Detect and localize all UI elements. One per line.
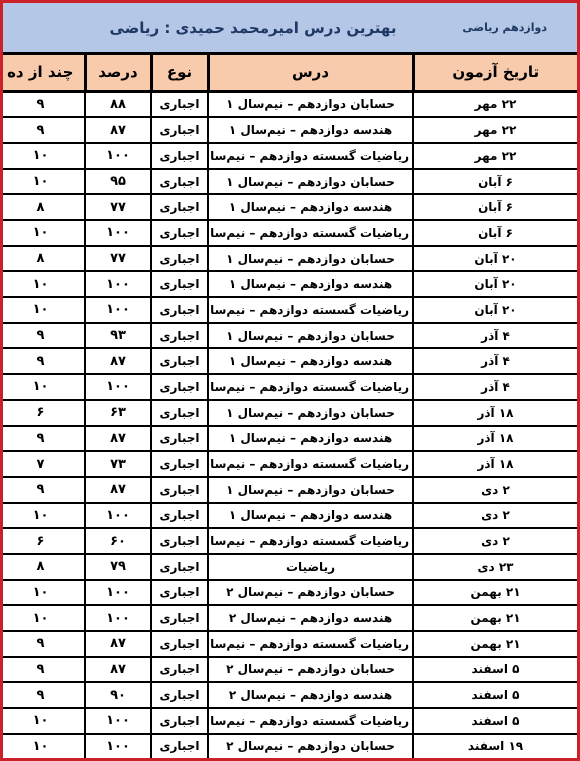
percent-cell: ۸۷: [85, 657, 151, 683]
exam-date-cell: ۵ اسفند: [413, 657, 577, 683]
out-of-ten-cell: ۸: [3, 194, 85, 220]
exam-type-cell: اجباری: [151, 297, 208, 323]
table-header-row: تاریخ آزمون درس نوع درصد چند از ده: [3, 55, 577, 91]
exam-date-cell: ۵ اسفند: [413, 682, 577, 708]
exam-date-cell: ۱۸ آذر: [413, 426, 577, 452]
out-of-ten-cell: ۱۰: [3, 503, 85, 529]
table-row: ۲۳ دیریاضیاتاجباری۷۹۸: [3, 554, 577, 580]
out-of-ten-cell: ۶: [3, 400, 85, 426]
percent-cell: ۹۵: [85, 169, 151, 195]
out-of-ten-cell: ۹: [3, 323, 85, 349]
table-row: ۶ آبانریاضیات گسسته دوازدهم – نیم‌سال ۱ا…: [3, 220, 577, 246]
out-of-ten-cell: ۹: [3, 631, 85, 657]
out-of-ten-cell: ۷: [3, 451, 85, 477]
exam-type-cell: اجباری: [151, 117, 208, 143]
column-header-lesson: درس: [208, 55, 413, 91]
report-sheet: دوازدهم ریاضی بهترین درس امیرمحمد حمیدی …: [0, 0, 580, 761]
percent-cell: ۱۰۰: [85, 297, 151, 323]
exam-type-cell: اجباری: [151, 528, 208, 554]
exam-date-cell: ۲۲ مهر: [413, 117, 577, 143]
exam-type-cell: اجباری: [151, 503, 208, 529]
percent-cell: ۱۰۰: [85, 605, 151, 631]
lesson-cell: هندسه دوازدهم – نیم‌سال ۱: [208, 503, 413, 529]
table-row: ۶ آبانهندسه دوازدهم – نیم‌سال ۱اجباری۷۷۸: [3, 194, 577, 220]
exam-date-cell: ۴ آذر: [413, 374, 577, 400]
lesson-cell: حسابان دوازدهم – نیم‌سال ۲: [208, 580, 413, 606]
exam-type-cell: اجباری: [151, 323, 208, 349]
out-of-ten-cell: ۱۰: [3, 220, 85, 246]
exam-date-cell: ۶ آبان: [413, 169, 577, 195]
exam-date-cell: ۲۲ مهر: [413, 143, 577, 169]
lesson-cell: ریاضیات: [208, 554, 413, 580]
exam-type-cell: اجباری: [151, 631, 208, 657]
out-of-ten-cell: ۱۰: [3, 169, 85, 195]
lesson-cell: حسابان دوازدهم – نیم‌سال ۱: [208, 400, 413, 426]
out-of-ten-cell: ۱۰: [3, 708, 85, 734]
out-of-ten-cell: ۱۰: [3, 605, 85, 631]
percent-cell: ۱۰۰: [85, 503, 151, 529]
lesson-cell: حسابان دوازدهم – نیم‌سال ۲: [208, 734, 413, 758]
lesson-cell: ریاضیات گسسته دوازدهم – نیم‌سال ۱: [208, 297, 413, 323]
column-header-percent: درصد: [85, 55, 151, 91]
percent-cell: ۱۰۰: [85, 708, 151, 734]
percent-cell: ۶۰: [85, 528, 151, 554]
table-row: ۴ آذرحسابان دوازدهم – نیم‌سال ۱اجباری۹۳۹: [3, 323, 577, 349]
out-of-ten-cell: ۸: [3, 554, 85, 580]
exam-date-cell: ۲۱ بهمن: [413, 631, 577, 657]
exam-type-cell: اجباری: [151, 91, 208, 117]
exam-date-cell: ۶ آبان: [413, 194, 577, 220]
exam-date-cell: ۱۸ آذر: [413, 400, 577, 426]
out-of-ten-cell: ۱۰: [3, 580, 85, 606]
table-row: ۲ دیریاضیات گسسته دوازدهم – نیم‌سال ۱اجب…: [3, 528, 577, 554]
percent-cell: ۹۰: [85, 682, 151, 708]
percent-cell: ۱۰۰: [85, 734, 151, 758]
table-row: ۶ آبانحسابان دوازدهم – نیم‌سال ۱اجباری۹۵…: [3, 169, 577, 195]
table-row: ۱۸ آذرهندسه دوازدهم – نیم‌سال ۱اجباری۸۷۹: [3, 426, 577, 452]
table-row: ۱۸ آذرحسابان دوازدهم – نیم‌سال ۱اجباری۶۳…: [3, 400, 577, 426]
percent-cell: ۷۹: [85, 554, 151, 580]
lesson-cell: هندسه دوازدهم – نیم‌سال ۱: [208, 271, 413, 297]
percent-cell: ۸۷: [85, 117, 151, 143]
percent-cell: ۷۳: [85, 451, 151, 477]
table-row: ۲۲ مهرریاضیات گسسته دوازدهم – نیم‌سال ۱ا…: [3, 143, 577, 169]
percent-cell: ۶۳: [85, 400, 151, 426]
exam-date-cell: ۲ دی: [413, 477, 577, 503]
lesson-cell: حسابان دوازدهم – نیم‌سال ۱: [208, 246, 413, 272]
table-row: ۵ اسفندحسابان دوازدهم – نیم‌سال ۲اجباری۸…: [3, 657, 577, 683]
out-of-ten-cell: ۹: [3, 91, 85, 117]
exam-date-cell: ۲۱ بهمن: [413, 580, 577, 606]
exam-type-cell: اجباری: [151, 374, 208, 400]
exam-date-cell: ۵ اسفند: [413, 708, 577, 734]
exam-date-cell: ۲۰ آبان: [413, 271, 577, 297]
exam-type-cell: اجباری: [151, 682, 208, 708]
table-row: ۱۹ اسفندحسابان دوازدهم – نیم‌سال ۲اجباری…: [3, 734, 577, 758]
percent-cell: ۸۷: [85, 426, 151, 452]
out-of-ten-cell: ۱۰: [3, 374, 85, 400]
lesson-cell: هندسه دوازدهم – نیم‌سال ۱: [208, 117, 413, 143]
percent-cell: ۷۷: [85, 246, 151, 272]
table-row: ۵ اسفندریاضیات گسسته دوازدهم – نیم‌سال ۲…: [3, 708, 577, 734]
out-of-ten-cell: ۹: [3, 117, 85, 143]
table-row: ۲۰ آبانحسابان دوازدهم – نیم‌سال ۱اجباری۷…: [3, 246, 577, 272]
out-of-ten-cell: ۹: [3, 657, 85, 683]
out-of-ten-cell: ۹: [3, 682, 85, 708]
table-row: ۲۲ مهرهندسه دوازدهم – نیم‌سال ۱اجباری۸۷۹: [3, 117, 577, 143]
exam-date-cell: ۲۱ بهمن: [413, 605, 577, 631]
column-header-type: نوع: [151, 55, 208, 91]
exam-type-cell: اجباری: [151, 605, 208, 631]
lesson-cell: حسابان دوازدهم – نیم‌سال ۱: [208, 323, 413, 349]
exam-type-cell: اجباری: [151, 657, 208, 683]
report-header: دوازدهم ریاضی بهترین درس امیرمحمد حمیدی …: [3, 3, 577, 55]
exam-type-cell: اجباری: [151, 708, 208, 734]
percent-cell: ۸۷: [85, 348, 151, 374]
lesson-cell: حسابان دوازدهم – نیم‌سال ۱: [208, 91, 413, 117]
report-title: بهترین درس امیرمحمد حمیدی : ریاضی: [3, 3, 503, 52]
lesson-cell: حسابان دوازدهم – نیم‌سال ۱: [208, 477, 413, 503]
out-of-ten-cell: ۱۰: [3, 297, 85, 323]
percent-cell: ۹۳: [85, 323, 151, 349]
table-row: ۵ اسفندهندسه دوازدهم – نیم‌سال ۲اجباری۹۰…: [3, 682, 577, 708]
table-row: ۲۱ بهمنحسابان دوازدهم – نیم‌سال ۲اجباری۱…: [3, 580, 577, 606]
lesson-cell: حسابان دوازدهم – نیم‌سال ۲: [208, 657, 413, 683]
exam-date-cell: ۲۰ آبان: [413, 297, 577, 323]
lesson-cell: ریاضیات گسسته دوازدهم – نیم‌سال ۱: [208, 374, 413, 400]
exam-type-cell: اجباری: [151, 554, 208, 580]
percent-cell: ۱۰۰: [85, 143, 151, 169]
lesson-cell: هندسه دوازدهم – نیم‌سال ۲: [208, 605, 413, 631]
table-row: ۲ دیهندسه دوازدهم – نیم‌سال ۱اجباری۱۰۰۱۰: [3, 503, 577, 529]
column-header-exam-date: تاریخ آزمون: [413, 55, 577, 91]
exam-type-cell: اجباری: [151, 451, 208, 477]
exam-date-cell: ۱۹ اسفند: [413, 734, 577, 758]
lesson-cell: هندسه دوازدهم – نیم‌سال ۲: [208, 682, 413, 708]
percent-cell: ۱۰۰: [85, 220, 151, 246]
lesson-cell: هندسه دوازدهم – نیم‌سال ۱: [208, 194, 413, 220]
out-of-ten-cell: ۱۰: [3, 143, 85, 169]
exam-date-cell: ۱۸ آذر: [413, 451, 577, 477]
scores-table: تاریخ آزمون درس نوع درصد چند از ده ۲۲ مه…: [3, 55, 577, 758]
table-row: ۴ آذرریاضیات گسسته دوازدهم – نیم‌سال ۱اج…: [3, 374, 577, 400]
table-row: ۲۰ آبانهندسه دوازدهم – نیم‌سال ۱اجباری۱۰…: [3, 271, 577, 297]
scores-table-wrapper: تاریخ آزمون درس نوع درصد چند از ده ۲۲ مه…: [3, 55, 577, 758]
exam-type-cell: اجباری: [151, 220, 208, 246]
exam-type-cell: اجباری: [151, 143, 208, 169]
exam-type-cell: اجباری: [151, 477, 208, 503]
out-of-ten-cell: ۱۰: [3, 271, 85, 297]
percent-cell: ۱۰۰: [85, 271, 151, 297]
exam-type-cell: اجباری: [151, 194, 208, 220]
lesson-cell: ریاضیات گسسته دوازدهم – نیم‌سال ۱: [208, 220, 413, 246]
lesson-cell: هندسه دوازدهم – نیم‌سال ۱: [208, 348, 413, 374]
table-row: ۱۸ آذرریاضیات گسسته دوازدهم – نیم‌سال ۱ا…: [3, 451, 577, 477]
lesson-cell: ریاضیات گسسته دوازدهم – نیم‌سال ۱: [208, 528, 413, 554]
out-of-ten-cell: ۸: [3, 246, 85, 272]
table-body: ۲۲ مهرحسابان دوازدهم – نیم‌سال ۱اجباری۸۸…: [3, 91, 577, 758]
exam-date-cell: ۲۰ آبان: [413, 246, 577, 272]
exam-type-cell: اجباری: [151, 580, 208, 606]
percent-cell: ۱۰۰: [85, 374, 151, 400]
exam-type-cell: اجباری: [151, 169, 208, 195]
out-of-ten-cell: ۹: [3, 348, 85, 374]
out-of-ten-cell: ۹: [3, 426, 85, 452]
exam-type-cell: اجباری: [151, 734, 208, 758]
table-row: ۲۲ مهرحسابان دوازدهم – نیم‌سال ۱اجباری۸۸…: [3, 91, 577, 117]
lesson-cell: حسابان دوازدهم – نیم‌سال ۱: [208, 169, 413, 195]
table-row: ۴ آذرهندسه دوازدهم – نیم‌سال ۱اجباری۸۷۹: [3, 348, 577, 374]
exam-date-cell: ۲۳ دی: [413, 554, 577, 580]
exam-date-cell: ۲ دی: [413, 503, 577, 529]
exam-type-cell: اجباری: [151, 348, 208, 374]
table-row: ۲۱ بهمنهندسه دوازدهم – نیم‌سال ۲اجباری۱۰…: [3, 605, 577, 631]
table-row: ۲ دیحسابان دوازدهم – نیم‌سال ۱اجباری۸۷۹: [3, 477, 577, 503]
exam-date-cell: ۲ دی: [413, 528, 577, 554]
lesson-cell: ریاضیات گسسته دوازدهم – نیم‌سال ۲: [208, 631, 413, 657]
lesson-cell: ریاضیات گسسته دوازدهم – نیم‌سال ۲: [208, 708, 413, 734]
percent-cell: ۸۸: [85, 91, 151, 117]
out-of-ten-cell: ۱۰: [3, 734, 85, 758]
percent-cell: ۸۷: [85, 477, 151, 503]
percent-cell: ۸۷: [85, 631, 151, 657]
table-row: ۲۱ بهمنریاضیات گسسته دوازدهم – نیم‌سال ۲…: [3, 631, 577, 657]
exam-type-cell: اجباری: [151, 426, 208, 452]
exam-type-cell: اجباری: [151, 246, 208, 272]
lesson-cell: ریاضیات گسسته دوازدهم – نیم‌سال ۱: [208, 451, 413, 477]
exam-date-cell: ۲۲ مهر: [413, 91, 577, 117]
lesson-cell: هندسه دوازدهم – نیم‌سال ۱: [208, 426, 413, 452]
table-row: ۲۰ آبانریاضیات گسسته دوازدهم – نیم‌سال ۱…: [3, 297, 577, 323]
column-header-out-of-ten: چند از ده: [3, 55, 85, 91]
exam-type-cell: اجباری: [151, 271, 208, 297]
percent-cell: ۷۷: [85, 194, 151, 220]
exam-type-cell: اجباری: [151, 400, 208, 426]
lesson-cell: ریاضیات گسسته دوازدهم – نیم‌سال ۱: [208, 143, 413, 169]
percent-cell: ۱۰۰: [85, 580, 151, 606]
out-of-ten-cell: ۹: [3, 477, 85, 503]
exam-date-cell: ۴ آذر: [413, 323, 577, 349]
out-of-ten-cell: ۶: [3, 528, 85, 554]
exam-date-cell: ۴ آذر: [413, 348, 577, 374]
exam-date-cell: ۶ آبان: [413, 220, 577, 246]
